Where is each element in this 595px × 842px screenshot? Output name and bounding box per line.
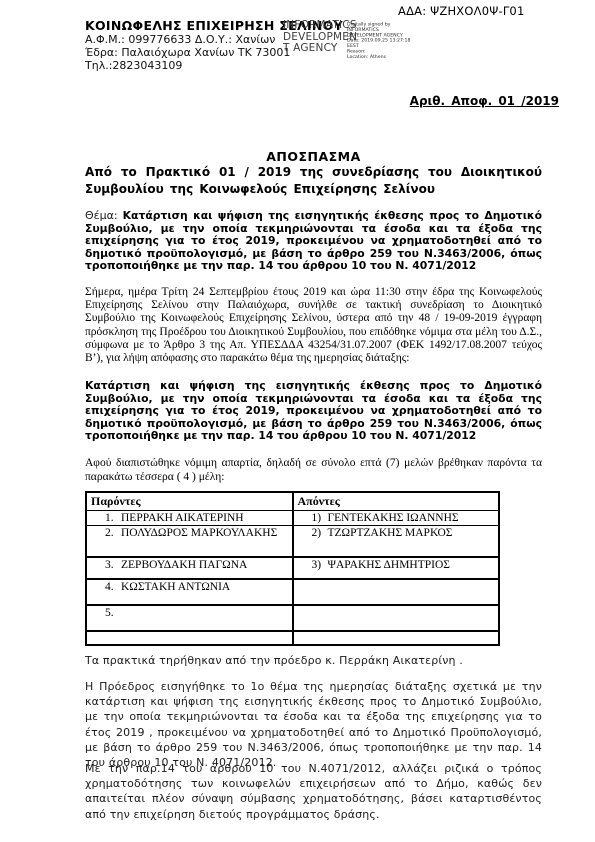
table-row: 2.ΠΟΛΥΔΩΡΟΣ ΜΑΡΚΟΥΛΑΚΗΣ 2)ΤΖΩΡΤΖΑΚΗΣ ΜΑΡ… (86, 526, 499, 558)
absent-column-header: Απόντες (293, 492, 500, 511)
present-cell: 5. (86, 605, 293, 631)
decision-number: Αριθ. Αποφ. 01 /2019 (410, 94, 559, 108)
present-cell: 2.ΠΟΛΥΔΩΡΟΣ ΜΑΡΚΟΥΛΑΚΗΣ (86, 526, 293, 558)
president-paragraph: Η Πρόεδρος εισηγήθηκε το 1ο θέμα της ημε… (85, 679, 542, 770)
table-row: 1.ΠΕΡΡΑΚΗ ΑΙΚΑΤΕΡΙΝΗ 1)ΓΕΝΤΕΚΑΚΗΣ ΙΩΑΝΝΗ… (86, 511, 499, 526)
absent-cell (293, 605, 500, 631)
absent-cell (293, 631, 500, 645)
attendance-table: Παρόντες Απόντες 1.ΠΕΡΡΑΚΗ ΑΙΚΑΤΕΡΙΝΗ 1)… (85, 491, 500, 646)
subject-paragraph: Θέμα: Κατάρτιση και ψήφιση της εισηγητικ… (85, 210, 542, 273)
ada-code: ΑΔΑ: ΨΖΗΧΟΛ0Ψ-Γ01 (398, 4, 524, 18)
intro-paragraph: Σήμερα, ημέρα Τρίτη 24 Σεπτεμβρίου έτους… (85, 286, 542, 365)
present-cell: 4.ΚΩΣΤΑΚΗ ΑΝΤΩΝΙΑ (86, 579, 293, 605)
table-row: 5. (86, 605, 499, 631)
document-title: ΑΠΟΣΠΑΣΜΑ (85, 149, 542, 164)
subject-label: Θέμα: (85, 209, 118, 222)
table-row: 4.ΚΩΣΤΑΚΗ ΑΝΤΩΝΙΑ (86, 579, 499, 605)
table-row: 3.ΖΕΡΒΟΥΔΑΚΗ ΠΑΓΩΝΑ 3)ΨΑΡΑΚΗΣ ΔΗΜΗΤΡΙΟΣ (86, 557, 499, 579)
quorum-paragraph: Αφού διαπιστώθηκε νόμιμη απαρτία, δηλαδή… (85, 456, 542, 484)
document-page: ΚΟΙΝΩΦΕΛΗΣ ΕΠΙΧΕΙΡΗΣΗ ΣΕΛΙΝΟΥ Α.Φ.Μ.: 09… (0, 0, 595, 842)
absent-cell: 1)ΓΕΝΤΕΚΑΚΗΣ ΙΩΑΝΝΗΣ (293, 511, 500, 526)
document-subtitle: Από το Πρακτικό 01 / 2019 της συνεδρίαση… (85, 164, 542, 197)
absent-cell: 2)ΤΖΩΡΤΖΑΚΗΣ ΜΑΡΚΟΣ (293, 526, 500, 558)
present-cell (86, 631, 293, 645)
funding-paragraph: Με την παρ.14 του άρθρου 10 του Ν.4071/2… (85, 761, 542, 822)
org-phone-line: Τηλ.:2823043109 (85, 59, 345, 72)
present-cell: 1.ΠΕΡΡΑΚΗ ΑΙΚΑΤΕΡΙΝΗ (86, 511, 293, 526)
attendance-header-row: Παρόντες Απόντες (86, 492, 499, 511)
absent-cell: 3)ΨΑΡΑΚΗΣ ΔΗΜΗΤΡΙΟΣ (293, 557, 500, 579)
subject-text: Κατάρτιση και ψήφιση της εισηγητικής έκθ… (85, 209, 542, 272)
attendance-table-wrap: Παρόντες Απόντες 1.ΠΕΡΡΑΚΗ ΑΙΚΑΤΕΡΙΝΗ 1)… (85, 491, 542, 646)
subject-repeat-paragraph: Κατάρτιση και ψήφιση της εισηγητικής έκθ… (85, 380, 542, 443)
stamp-detail-line: Location: Athens (347, 54, 457, 59)
digital-signature-details: Digitally signed by INFORMATICS DEVELOPM… (347, 22, 457, 60)
table-row (86, 631, 499, 645)
present-column-header: Παρόντες (86, 492, 293, 511)
present-cell: 3.ΖΕΡΒΟΥΔΑΚΗ ΠΑΓΩΝΑ (86, 557, 293, 579)
absent-cell (293, 579, 500, 605)
minutes-note: Τα πρακτικά τηρήθηκαν από την πρόεδρο κ.… (85, 653, 542, 668)
